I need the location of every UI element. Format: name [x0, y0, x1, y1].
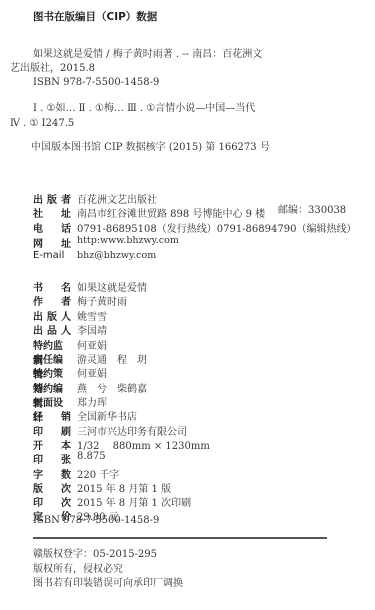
label-publisher: 出版者: [33, 191, 71, 206]
value-distributor: 全国新华书店: [77, 408, 137, 423]
book-row-supervisor: 特约监制 何亚娟: [0, 337, 375, 350]
label-printing: 印次: [33, 494, 71, 509]
cip-entry-line2: 艺出版社，2015.8: [10, 63, 95, 75]
value-special-editor: 燕 兮 柴鹤嘉: [77, 380, 147, 395]
value-printer: 三河市兴达印务有限公司: [77, 423, 187, 438]
value-edition: 2015 年 8 月第 1 版: [77, 480, 171, 495]
book-row-title: 书名 如果这就是爱情: [0, 279, 375, 292]
book-row-printer: 印刷 三河市兴达印务有限公司: [0, 423, 375, 436]
book-row-publisher-person: 出版人 姚雪雪: [0, 308, 375, 321]
copyright-rights: 版权所有，侵权必究: [33, 564, 123, 576]
value-word-count: 220 千字: [77, 466, 119, 481]
cip-isbn: ISBN 978-7-5500-1458-9: [33, 77, 159, 89]
cip-number: 中国版本图书馆 CIP 数据核字 (2015) 第 166273 号: [31, 142, 270, 154]
book-row-printing: 印次 2015 年 8 月第 1 次印刷: [0, 494, 375, 507]
book-row-distributor: 经销 全国新华书店: [0, 408, 375, 421]
value-producer: 李国靖: [77, 322, 107, 337]
cip-classification-line1: Ⅰ . ①如… Ⅱ . ①梅… Ⅲ . ①言情小说—中国—当代: [33, 103, 255, 115]
value-supervisor: 何亚娟: [77, 337, 107, 352]
label-word-count: 字数: [33, 466, 71, 481]
separator-line: [33, 537, 327, 539]
book-row-cover-design: 封面设计 郑力珲: [0, 394, 375, 407]
book-row-word-count: 字数 220 千字: [0, 466, 375, 479]
label-address: 社址: [33, 205, 71, 220]
publisher-row: 出版者 百花洲文艺出版社: [0, 191, 375, 204]
value-website: http:www.bhzwy.com: [77, 235, 179, 246]
label-format: 开本: [33, 437, 71, 452]
cip-classification-line2: Ⅳ . ① I247.5: [10, 118, 74, 130]
value-printing: 2015 年 8 月第 1 次印刷: [77, 494, 191, 509]
value-publisher-person: 姚雪雪: [77, 308, 107, 323]
copyright-notice: 图书若有印装错误可向承印厂调换: [33, 578, 183, 590]
value-planner: 何亚娟: [77, 365, 107, 380]
label-email: E-mail: [33, 250, 71, 261]
value-title: 如果这就是爱情: [77, 279, 147, 294]
label-publisher-person: 出版人: [33, 308, 71, 323]
label-title: 书名: [33, 279, 71, 294]
value-editor: 游灵通 程 玥: [77, 351, 147, 366]
book-row-edition: 版次 2015 年 8 月第 1 版: [0, 480, 375, 493]
value-email: bhz@bhzwy.com: [77, 250, 156, 261]
label-distributor: 经销: [33, 408, 71, 423]
book-row-planner: 特约策划 何亚娟: [0, 365, 375, 378]
value-author: 梅子黄时雨: [77, 293, 127, 308]
value-phone: 0791-86895108（发行热线）0791-86894790（编辑热线）: [77, 220, 356, 235]
postcode: 邮编：330038: [278, 205, 346, 217]
label-phone: 电话: [33, 220, 71, 235]
value-sheets: 8.875: [77, 451, 106, 462]
value-format: 1/32 880mm × 1230mm: [77, 437, 210, 452]
label-producer: 出品人: [33, 322, 71, 337]
book-row-format: 开本 1/32 880mm × 1230mm: [0, 437, 375, 450]
label-edition: 版次: [33, 480, 71, 495]
label-printer: 印刷: [33, 423, 71, 438]
book-row-producer: 出品人 李国靖: [0, 322, 375, 335]
label-author: 作者: [33, 293, 71, 308]
book-row-sheets: 印张 8.875: [0, 451, 375, 464]
value-publisher: 百花洲文艺出版社: [77, 191, 157, 206]
book-row-author: 作者 梅子黄时雨: [0, 293, 375, 306]
cip-heading: 图书在版编目（CIP）数据: [33, 9, 157, 24]
website-row: 网址 http:www.bhzwy.com: [0, 235, 375, 248]
value-cover-design: 郑力珲: [77, 394, 107, 409]
email-row: E-mail bhz@bhzwy.com: [0, 250, 375, 263]
cip-entry-line1: 如果这就是爱情 / 梅子黄时雨著 . -- 南昌：百花洲文: [33, 49, 262, 61]
address-row: 社址 南昌市红谷滩世贸路 898 号博能中心 9 楼 邮编：330038: [0, 205, 375, 218]
copyright-registration: 赣版权登字：05-2015-295: [33, 549, 157, 561]
label-sheets: 印张: [33, 451, 71, 466]
phone-row: 电话 0791-86895108（发行热线）0791-86894790（编辑热线…: [0, 220, 375, 233]
value-address: 南昌市红谷滩世贸路 898 号博能中心 9 楼: [77, 205, 265, 220]
book-row-editor: 责任编辑 游灵通 程 玥: [0, 351, 375, 364]
label-website: 网址: [33, 235, 71, 250]
book-row-special-editor: 特约编辑 燕 兮 柴鹤嘉: [0, 380, 375, 393]
book-isbn: ISBN 978-7-5500-1458-9: [33, 515, 159, 527]
